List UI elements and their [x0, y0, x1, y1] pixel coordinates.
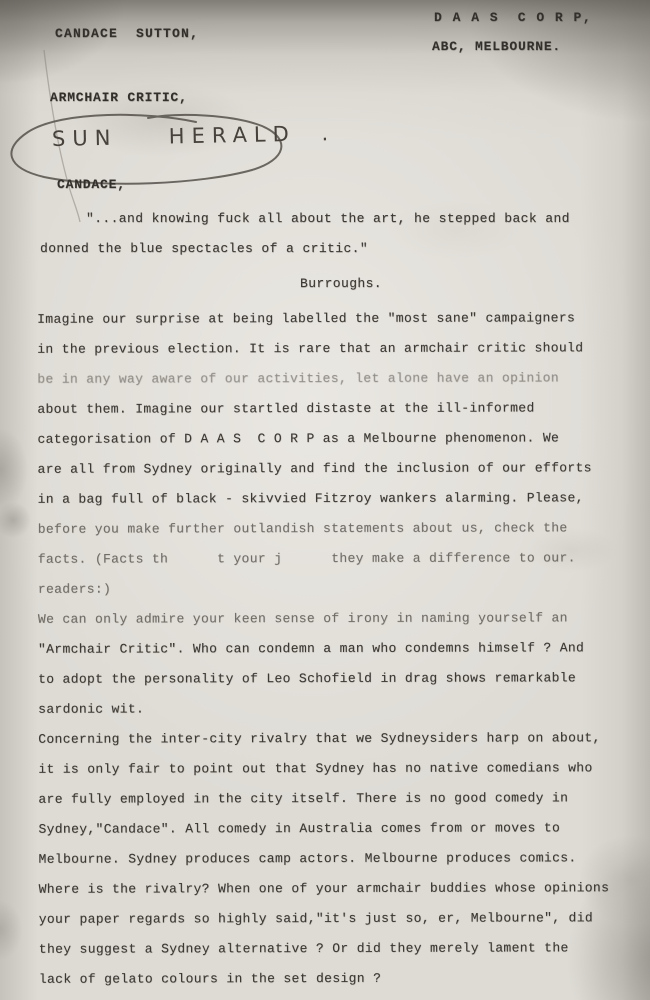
typed-line: Where is the rivalry? When one of your a… [39, 873, 610, 904]
typed-line: are all from Sydney originally and find … [37, 453, 608, 484]
quote-line-2: donned the blue spectacles of a critic." [40, 241, 368, 256]
sender-org-line1: D A A S C O R P, [434, 10, 592, 25]
typed-line: Imagine our surprise at being labelled t… [37, 303, 608, 334]
typed-line: lack of gelato colours in the set design… [39, 963, 610, 994]
typed-line: in the previous election. It is rare tha… [37, 333, 608, 364]
typed-line: sardonic wit. [38, 693, 609, 724]
typed-line: be in any way aware of our activities, l… [37, 363, 608, 394]
publication-handwritten: SUN HERALD . [52, 121, 336, 151]
typed-line: in a bag full of black - skivvied Fitzro… [38, 483, 609, 514]
typed-line: it is only fair to point out that Sydney… [38, 753, 609, 784]
salutation: CANDACE, [57, 177, 126, 192]
typed-line: We can only admire your keen sense of ir… [38, 603, 609, 634]
typed-line: "Armchair Critic". Who can condemn a man… [38, 633, 609, 664]
letter-body: Imagine our surprise at being labelled t… [37, 303, 609, 994]
typed-line: Melbourne. Sydney produces camp actors. … [39, 843, 610, 874]
quote-line-1: "...and knowing fuck all about the art, … [86, 211, 570, 226]
typed-line: Sydney,"Candace". All comedy in Australi… [38, 813, 609, 844]
typed-line: your paper regards so highly said,"it's … [39, 903, 610, 934]
quote-attribution: Burroughs. [300, 276, 382, 291]
typed-line: before you make further outlandish state… [38, 513, 609, 544]
typed-line: categorisation of D A A S C O R P as a M… [37, 423, 608, 454]
sender-org-line2: ABC, MELBOURNE. [432, 39, 561, 54]
scanned-letter-page: CANDACE SUTTON, D A A S C O R P, ABC, ME… [0, 0, 650, 1000]
typed-line: Concerning the inter-city rivalry that w… [38, 723, 609, 754]
recipient-name: CANDACE SUTTON, [55, 26, 199, 41]
typed-line: about them. Imagine our startled distast… [37, 393, 608, 424]
typed-line: facts. (Facts th t your j they make a di… [38, 543, 609, 574]
typed-line: readers:) [38, 573, 609, 604]
column-title: ARMCHAIR CRITIC, [50, 90, 188, 105]
typed-line: are fully employed in the city itself. T… [38, 783, 609, 814]
typed-line: they suggest a Sydney alternative ? Or d… [39, 933, 610, 964]
typed-line: to adopt the personality of Leo Schofiel… [38, 663, 609, 694]
